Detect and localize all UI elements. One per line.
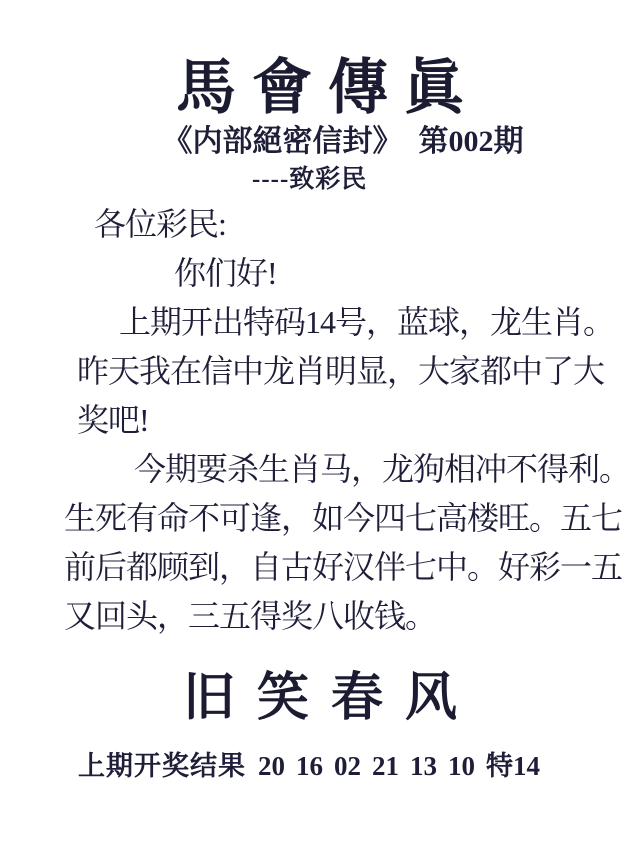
letter-line: 生死有命不可逢，如今四七高楼旺。五七: [64, 494, 624, 543]
letter-line: 昨天我在信中龙肖明显，大家都中了大: [64, 347, 624, 396]
letter-line: 前后都顾到，自古好汉伴七中。好彩一五: [64, 543, 624, 592]
letter-line: 上期开出特码14号，蓝球，龙生肖。: [64, 298, 624, 347]
issue-number: 第002期: [419, 125, 524, 158]
result-number: 21: [372, 751, 399, 781]
special-number-label: 特: [486, 751, 513, 781]
special-number: 14: [513, 751, 540, 781]
signoff-title: 旧笑春风: [0, 655, 640, 730]
letter-line: 又回头，三五得奖八收钱。: [64, 592, 624, 641]
dedication-line: ----致彩民: [252, 159, 367, 195]
issue-header: 《内部絕密信封》第002期: [0, 116, 640, 160]
letter-line: 奖吧!: [64, 396, 624, 445]
result-number: 16: [296, 751, 323, 781]
fax-title: 馬會傳眞: [0, 40, 640, 126]
salutation: 各位彩民:: [64, 200, 624, 249]
result-number: 02: [334, 751, 361, 781]
result-number: 10: [448, 751, 475, 781]
result-number: 13: [410, 751, 437, 781]
scanned-fax-page: 馬會傳眞 《内部絕密信封》第002期 ----致彩民 各位彩民: 你们好! 上期…: [0, 0, 640, 845]
envelope-subtitle: 《内部絕密信封》: [163, 125, 403, 158]
result-number: 20: [258, 751, 285, 781]
greeting: 你们好!: [64, 249, 624, 298]
letter-body: 各位彩民: 你们好! 上期开出特码14号，蓝球，龙生肖。 昨天我在信中龙肖明显，…: [64, 200, 624, 641]
previous-draw-results: 上期开奖结果201602211310特14: [78, 744, 540, 783]
letter-line: 今期要杀生肖马，龙狗相冲不得利。: [64, 445, 624, 494]
results-label: 上期开奖结果: [78, 751, 246, 781]
